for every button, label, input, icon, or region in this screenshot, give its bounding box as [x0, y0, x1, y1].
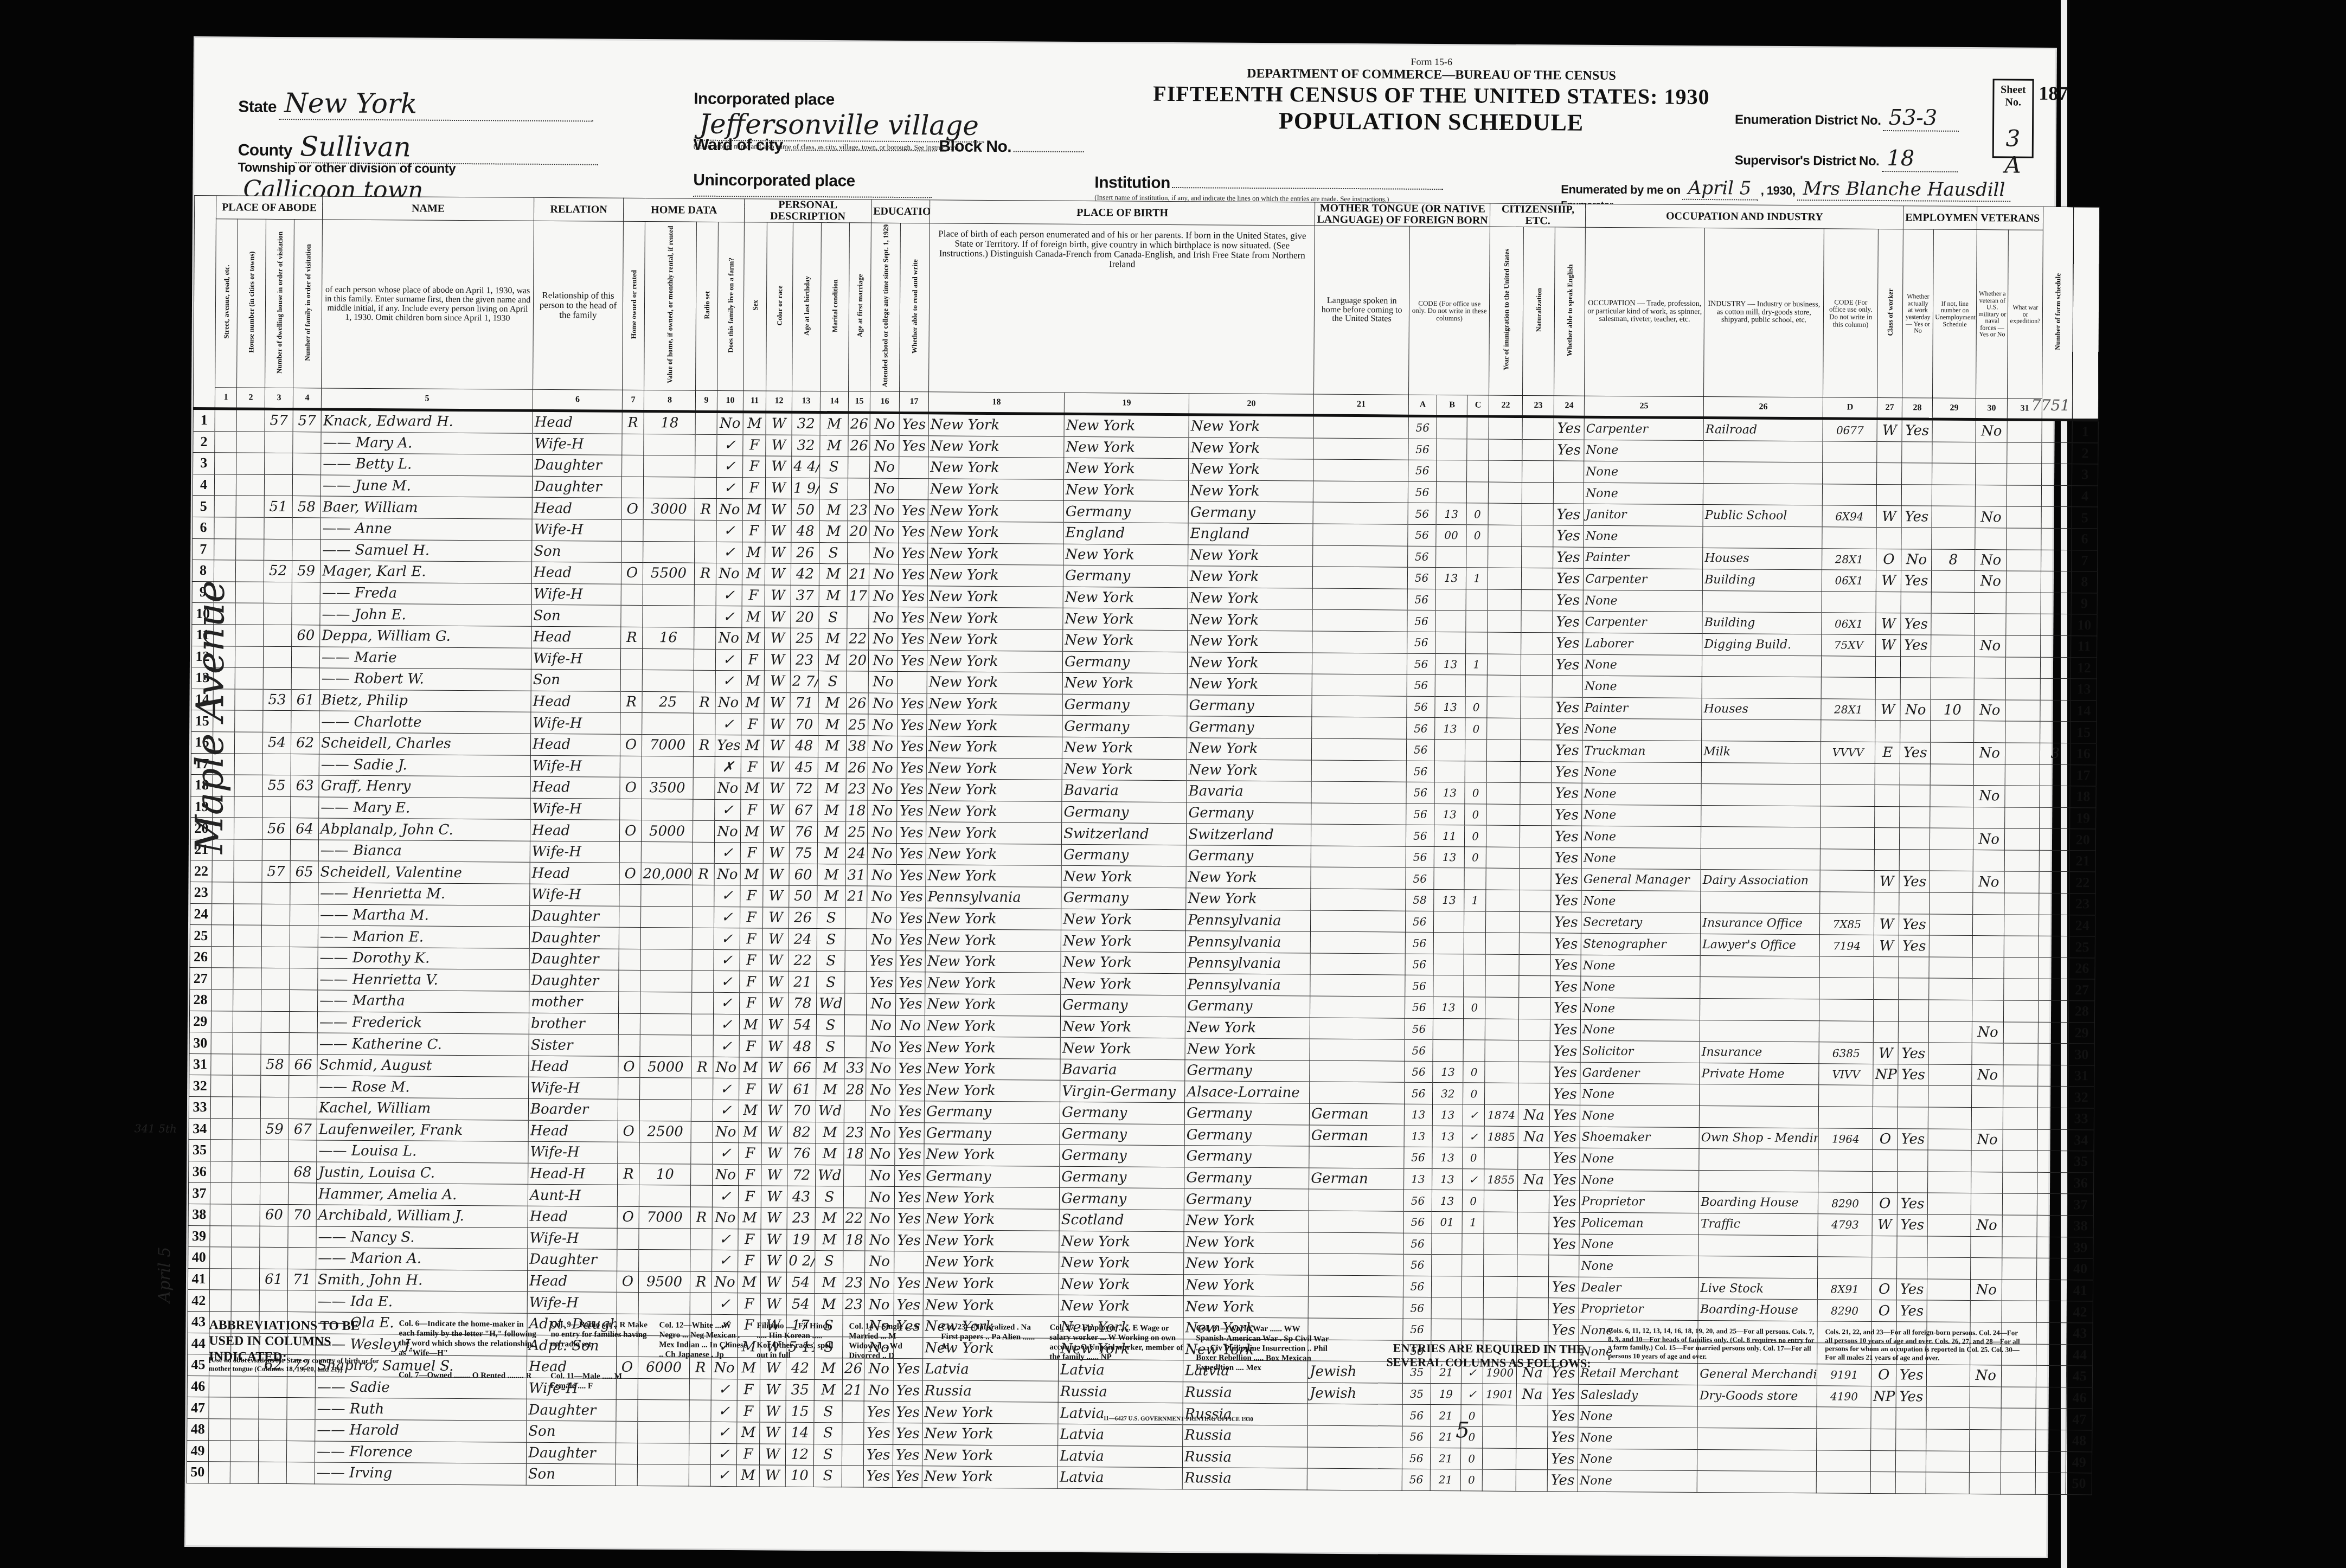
block-value	[1014, 151, 1084, 152]
cell-sex: F	[740, 971, 762, 993]
col-value: Value of home, if owned, or monthly rent…	[644, 222, 697, 391]
cell-name: Graff, Henry	[319, 775, 530, 798]
cell-read: Yes	[895, 1122, 924, 1144]
cell-immig	[1484, 1233, 1517, 1255]
cell-work: Yes	[1898, 1064, 1928, 1086]
cell-c: ✓	[1463, 1104, 1484, 1126]
enumerated-date: April 5	[1683, 177, 1759, 201]
cell-relation: Head	[530, 776, 620, 799]
cell-radio	[695, 434, 717, 456]
footer-col23: Col. 23—Naturalized . Na First papers ..…	[941, 1322, 1039, 1352]
cell-lang	[1313, 415, 1408, 439]
cell-natur	[1520, 911, 1551, 933]
cell-marital: M	[816, 1143, 844, 1165]
cell-industry: Houses	[1703, 548, 1822, 570]
line-number-right: 46	[2066, 1387, 2092, 1409]
cell-school: No	[870, 413, 899, 435]
cell-war	[2007, 442, 2042, 464]
cell-lang	[1313, 524, 1408, 546]
cell-code: 4793	[1818, 1214, 1872, 1236]
cell-race: W	[759, 1465, 785, 1487]
cell-a: 56	[1407, 739, 1435, 761]
entries-list-1: Cols. 6, 11, 12, 13, 14, 16, 18, 19, 20,…	[1608, 1326, 1814, 1361]
cell-school: No	[869, 628, 898, 650]
cell-read	[898, 672, 927, 693]
col-family: Number of family in order of visitation	[293, 220, 323, 388]
cell-mother: Germany	[1185, 995, 1310, 1018]
cell-vet: No	[1975, 571, 2007, 593]
cell-english: Yes	[1552, 804, 1582, 826]
cell-family	[291, 668, 319, 690]
cell-a: 13	[1404, 1168, 1432, 1190]
cell-sex: M	[741, 692, 764, 714]
cell-unemp	[1929, 979, 1972, 1000]
cell-value	[642, 670, 694, 692]
cell-war	[2001, 1473, 2035, 1494]
cell-age: 70	[790, 714, 818, 736]
cell-relation: Head	[528, 1120, 618, 1142]
cell-dwelling	[262, 882, 290, 904]
cell-marital: M	[818, 821, 846, 843]
cell-a: 56	[1407, 717, 1435, 739]
cell-occupation: None	[1582, 783, 1701, 805]
cell-code	[1821, 677, 1875, 699]
cell-vet	[1973, 764, 2005, 786]
cell-dwelling	[260, 1097, 289, 1119]
cell-lang	[1312, 567, 1407, 589]
cell-natur	[1517, 1255, 1549, 1277]
line-header-right	[2073, 207, 2100, 420]
cell-relation: Son	[532, 541, 621, 563]
cell-radio	[692, 992, 714, 1014]
cell-name: —— Dorothy K.	[318, 947, 529, 970]
cell-relation: Wife-H	[531, 648, 620, 670]
cell-lang	[1312, 631, 1407, 653]
cell-age-marr	[844, 1036, 866, 1058]
line-number: 39	[188, 1225, 210, 1247]
cell-occupation: None	[1581, 998, 1700, 1020]
cell-read: Yes	[899, 500, 928, 522]
cell-work	[1897, 1257, 1927, 1279]
cell-mother: New York	[1188, 631, 1312, 653]
cell-unemp	[1931, 678, 1974, 699]
cell-b	[1432, 1276, 1462, 1297]
cell-c	[1466, 611, 1488, 632]
cell-relation: Daughter	[526, 1442, 616, 1464]
cell-c: 0	[1466, 525, 1488, 547]
cell-war	[2006, 593, 2041, 614]
col-naturalization: Naturalization	[1523, 227, 1555, 395]
cell-owned: O	[619, 863, 641, 885]
cell-dwelling	[262, 904, 290, 926]
cell-a: 56	[1403, 1276, 1432, 1297]
cell-farm-sched	[2042, 442, 2072, 464]
cell-dwelling	[265, 432, 293, 453]
unincorporated-label: Unincorporated place	[693, 171, 855, 190]
cell-a: 56	[1407, 611, 1435, 632]
cell-b	[1436, 546, 1466, 568]
cell-age: 45	[790, 757, 818, 779]
cell-b	[1434, 761, 1465, 782]
cell-name: —— John E.	[320, 603, 531, 626]
cell-a: 56	[1405, 1018, 1433, 1040]
colnum-14: 14	[820, 391, 848, 413]
cell-vet: No	[1971, 1129, 2003, 1151]
colnum-20: 20	[1189, 394, 1313, 415]
cell-code	[1816, 1471, 1870, 1493]
cell-c: 1	[1464, 890, 1486, 911]
cell-a: 56	[1408, 460, 1437, 481]
cell-b	[1433, 933, 1464, 954]
cell-dwelling	[260, 1247, 288, 1269]
cell-a: 56	[1408, 416, 1437, 439]
cell-school: No	[867, 929, 896, 950]
cell-occupation: None	[1582, 676, 1702, 698]
cell-sex: F	[740, 950, 762, 972]
cell-race: W	[763, 843, 789, 864]
cell-street	[211, 968, 233, 989]
cell-code: 75XV	[1822, 634, 1876, 656]
cell-lang	[1311, 803, 1406, 825]
cell-dwelling	[261, 989, 290, 1011]
cell-farm-sched	[2039, 1000, 2069, 1022]
cell-family: 60	[292, 625, 320, 647]
line-number-right: 48	[2066, 1430, 2092, 1452]
cell-read: Yes	[894, 1294, 923, 1316]
group-personal-description: PERSONAL DESCRIPTION	[745, 199, 871, 223]
cell-dwelling	[260, 1183, 288, 1205]
cell-value: 7000	[642, 734, 693, 756]
cell-age: 76	[787, 1143, 816, 1165]
cell-name: —— Bianca	[318, 840, 530, 863]
cell-family	[290, 883, 318, 904]
cell-unemp	[1931, 613, 1975, 635]
line-number-right: 22	[2069, 872, 2095, 894]
cell-age-marr	[845, 908, 867, 929]
cell-work: Yes	[1899, 935, 1929, 957]
cell-c: 0	[1460, 1469, 1482, 1491]
cell-mother: Bavaria	[1187, 781, 1311, 803]
cell-unemp	[1927, 1279, 1971, 1301]
cell-race: W	[762, 928, 789, 950]
cell-work	[1900, 828, 1930, 850]
cell-lang	[1310, 1061, 1405, 1083]
colnum-5: 5	[321, 388, 533, 410]
line-number: 8	[192, 560, 214, 582]
cell-vet	[1975, 657, 2006, 678]
cell-radio	[694, 649, 715, 671]
cell-owned: O	[617, 1206, 639, 1228]
colnum-25: 25	[1585, 396, 1704, 417]
line-number-right: 17	[2070, 764, 2096, 786]
cell-work	[1900, 806, 1930, 828]
cell-farm: ✓	[717, 434, 743, 456]
cell-read: Yes	[898, 628, 927, 650]
cell-father: Germany	[1063, 501, 1188, 523]
cell-owned: R	[620, 691, 642, 713]
cell-a: 58	[1406, 889, 1434, 911]
cell-birth: New York	[928, 522, 1063, 544]
cell-natur	[1522, 525, 1553, 547]
line-number-right: 42	[2067, 1301, 2093, 1323]
cell-farm-sched	[2038, 1022, 2068, 1044]
ward-field: Ward of city Block No.	[694, 136, 1085, 157]
cell-mother: New York	[1184, 1253, 1309, 1275]
cell-natur	[1517, 1212, 1549, 1233]
cell-relation: Daughter	[533, 455, 622, 477]
cell-industry	[1703, 526, 1822, 548]
cell-immig	[1483, 1448, 1516, 1470]
cell-sex: M	[739, 1014, 762, 1036]
cell-marital: S	[819, 542, 848, 564]
cell-natur	[1521, 740, 1552, 761]
cell-lang	[1313, 481, 1408, 503]
cell-mother: New York	[1185, 1017, 1310, 1039]
cell-house	[230, 1440, 258, 1462]
cell-house	[232, 1204, 260, 1226]
cell-work	[1898, 1107, 1928, 1129]
cell-dwelling: 59	[260, 1119, 289, 1140]
cell-class	[1870, 1472, 1895, 1494]
cell-father: New York	[1062, 672, 1187, 695]
cell-birth: New York	[923, 1273, 1059, 1295]
cell-unemp	[1928, 1150, 1971, 1172]
cell-work: Yes	[1899, 871, 1930, 892]
cell-value	[643, 477, 695, 498]
col-house: House number (in cities or towns)	[237, 219, 266, 388]
cell-school: No	[866, 1079, 895, 1101]
cell-work	[1898, 1150, 1928, 1172]
cell-industry: Insurance Office	[1701, 912, 1820, 935]
cell-marital: S	[820, 457, 848, 478]
cell-farm: ✓	[717, 456, 743, 478]
cell-sex: M	[736, 1465, 759, 1487]
col-age-marriage: Age at first marriage	[849, 223, 871, 391]
cell-name: —— Marion A.	[316, 1248, 528, 1270]
sheet-number-label: Sheet No.	[1994, 83, 2032, 108]
cell-father: Germany	[1062, 716, 1187, 738]
cell-family: 68	[289, 1161, 317, 1183]
cell-code: 6X94	[1822, 505, 1876, 527]
cell-house	[235, 710, 263, 732]
cell-farm-sched	[2036, 1387, 2066, 1409]
cell-english	[1549, 1255, 1579, 1277]
cell-owned	[620, 670, 642, 691]
cell-lang	[1312, 674, 1407, 696]
cell-farm: No	[713, 1057, 739, 1078]
colnum-21: 21	[1313, 394, 1408, 416]
cell-class	[1873, 1107, 1898, 1128]
cell-relation: Daughter	[529, 970, 619, 992]
cell-lang	[1309, 1146, 1404, 1168]
cell-farm: No	[712, 1271, 738, 1293]
cell-farm: No	[716, 627, 742, 649]
cell-b	[1435, 632, 1466, 653]
cell-age-marr: 20	[847, 650, 868, 671]
cell-birth: New York	[924, 1251, 1059, 1274]
cell-b	[1434, 868, 1464, 890]
line-number-right: 15	[2071, 722, 2097, 743]
cell-lang	[1309, 1211, 1403, 1233]
cell-immig	[1485, 976, 1519, 998]
group-employment: EMPLOYMENT	[1903, 206, 1977, 230]
cell-owned	[616, 1464, 637, 1486]
cell-age-marr: 23	[843, 1273, 864, 1294]
cell-mother: New York	[1184, 1210, 1309, 1232]
cell-war	[2005, 786, 2040, 807]
cell-age: 32	[792, 435, 820, 457]
supervisor-district-value: 18	[1881, 146, 1957, 172]
cell-natur	[1521, 676, 1552, 697]
cell-house	[234, 796, 262, 818]
cell-house	[236, 474, 264, 496]
cell-owned: O	[621, 498, 643, 520]
schedule-title: POPULATION SCHEDULE	[1133, 106, 1729, 138]
cell-birth: New York	[924, 1209, 1059, 1231]
line-number-right: 7	[2072, 550, 2098, 571]
cell-war	[2007, 464, 2042, 485]
cell-sex: F	[742, 584, 765, 606]
cell-b: 21	[1431, 1448, 1461, 1469]
cell-relation: Daughter	[529, 927, 619, 949]
cell-industry	[1701, 891, 1820, 914]
cell-unemp	[1927, 1300, 1970, 1322]
cell-school: No	[869, 499, 899, 521]
cell-code	[1819, 978, 1874, 999]
cell-unemp	[1927, 1236, 1971, 1258]
line-number-right: 28	[2069, 1001, 2095, 1023]
cell-occupation: Truckman	[1582, 740, 1702, 762]
cell-radio: R	[690, 1207, 712, 1229]
cell-vet	[1975, 592, 2006, 614]
cell-code: 28X1	[1821, 699, 1875, 721]
cell-c: ✓	[1463, 1169, 1484, 1191]
cell-code: VVVV	[1821, 742, 1875, 763]
cell-farm-sched	[2037, 1280, 2067, 1301]
cell-lang	[1312, 653, 1407, 675]
cell-relation: Daughter	[530, 905, 619, 928]
cell-birth: New York	[927, 607, 1063, 629]
census-title: FIFTEENTH CENSUS OF THE UNITED STATES: 1…	[1133, 81, 1729, 110]
cell-read: Yes	[895, 1144, 924, 1166]
cell-father: New York	[1059, 1295, 1183, 1318]
cell-code	[1822, 592, 1876, 613]
cell-industry	[1701, 827, 1821, 849]
cell-house	[233, 1032, 261, 1054]
cell-family	[287, 1290, 316, 1312]
cell-war	[2004, 871, 2039, 893]
cell-dwelling: 58	[261, 1054, 289, 1076]
cell-dwelling: 60	[260, 1204, 288, 1226]
cell-unemp	[1928, 1064, 1972, 1086]
county-label: County	[238, 141, 293, 159]
cell-family	[291, 646, 319, 668]
cell-father: Germany	[1060, 1123, 1184, 1146]
cell-radio	[695, 520, 716, 542]
cell-a: 56	[1407, 567, 1435, 589]
cell-immig	[1484, 1276, 1517, 1298]
cell-vet	[1972, 1000, 2004, 1022]
cell-farm: No	[715, 777, 741, 799]
cell-name: Kachel, William	[317, 1097, 528, 1120]
cell-father: Germany	[1061, 844, 1186, 866]
cell-work: Yes	[1896, 1300, 1927, 1322]
cell-farm-sched	[2037, 1151, 2068, 1172]
enumerator-name: Mrs Blanche Hausdill	[1797, 178, 2010, 202]
cell-race: W	[762, 1057, 788, 1079]
cell-house	[232, 1140, 260, 1161]
cell-immig	[1486, 911, 1520, 933]
cell-mother: Germany	[1184, 1146, 1309, 1168]
cell-code: 8290	[1817, 1300, 1871, 1321]
cell-code	[1820, 849, 1874, 871]
cell-class	[1875, 721, 1900, 742]
cell-father: New York	[1061, 866, 1186, 888]
cell-dwelling	[263, 667, 291, 689]
cell-mother: Russia	[1183, 1446, 1307, 1468]
cell-farm-sched	[2040, 829, 2070, 851]
footer-col6: Col. 6—Indicate the home-maker in each f…	[399, 1319, 540, 1359]
cell-age: 26	[789, 907, 817, 929]
cell-immig	[1484, 1190, 1518, 1212]
cell-farm-sched	[2039, 936, 2069, 958]
cell-owned	[621, 584, 643, 606]
cell-lang	[1313, 502, 1408, 524]
cell-class: W	[1874, 935, 1899, 957]
cell-read: Yes	[898, 693, 927, 715]
line-number-right: 12	[2071, 657, 2097, 679]
line-number: 30	[189, 1032, 211, 1054]
cell-race: W	[764, 735, 790, 757]
cell-birth: New York	[928, 435, 1064, 458]
cell-relation: Son	[531, 605, 621, 627]
cell-english: Yes	[1552, 740, 1582, 762]
cell-birth: New York	[925, 1015, 1060, 1037]
cell-age-marr: 20	[848, 521, 869, 543]
cell-unemp	[1930, 785, 1973, 807]
cell-work	[1902, 463, 1932, 485]
cell-farm: ✓	[714, 971, 740, 993]
cell-house	[234, 904, 262, 926]
cell-c	[1462, 1297, 1483, 1319]
cell-radio: R	[694, 692, 715, 714]
cell-natur	[1519, 976, 1550, 998]
cell-immig: 1874	[1484, 1104, 1518, 1126]
cell-relation: Head	[530, 820, 619, 842]
cell-immig	[1486, 825, 1520, 847]
cell-vet	[1976, 442, 2007, 464]
cell-street	[211, 1032, 233, 1054]
cell-house	[234, 753, 262, 775]
cell-value: 5500	[643, 563, 694, 584]
cell-farm-sched	[2036, 1451, 2066, 1473]
cell-occupation: Carpenter	[1583, 611, 1702, 633]
cell-c	[1462, 1233, 1484, 1255]
cell-age-marr: 18	[844, 1143, 866, 1165]
cell-farm-sched	[2040, 764, 2070, 786]
cell-natur	[1518, 1148, 1549, 1169]
cell-birth: New York	[923, 1294, 1059, 1316]
cell-code	[1821, 785, 1875, 806]
cell-birth: New York	[925, 994, 1061, 1016]
cell-radio	[691, 1142, 713, 1164]
cell-street	[210, 1140, 232, 1161]
cell-race: W	[766, 435, 792, 457]
cell-sex: F	[741, 649, 764, 671]
cell-industry: Private Home	[1700, 1063, 1819, 1085]
cell-war	[2004, 979, 2039, 1000]
line-number: 50	[187, 1462, 208, 1483]
